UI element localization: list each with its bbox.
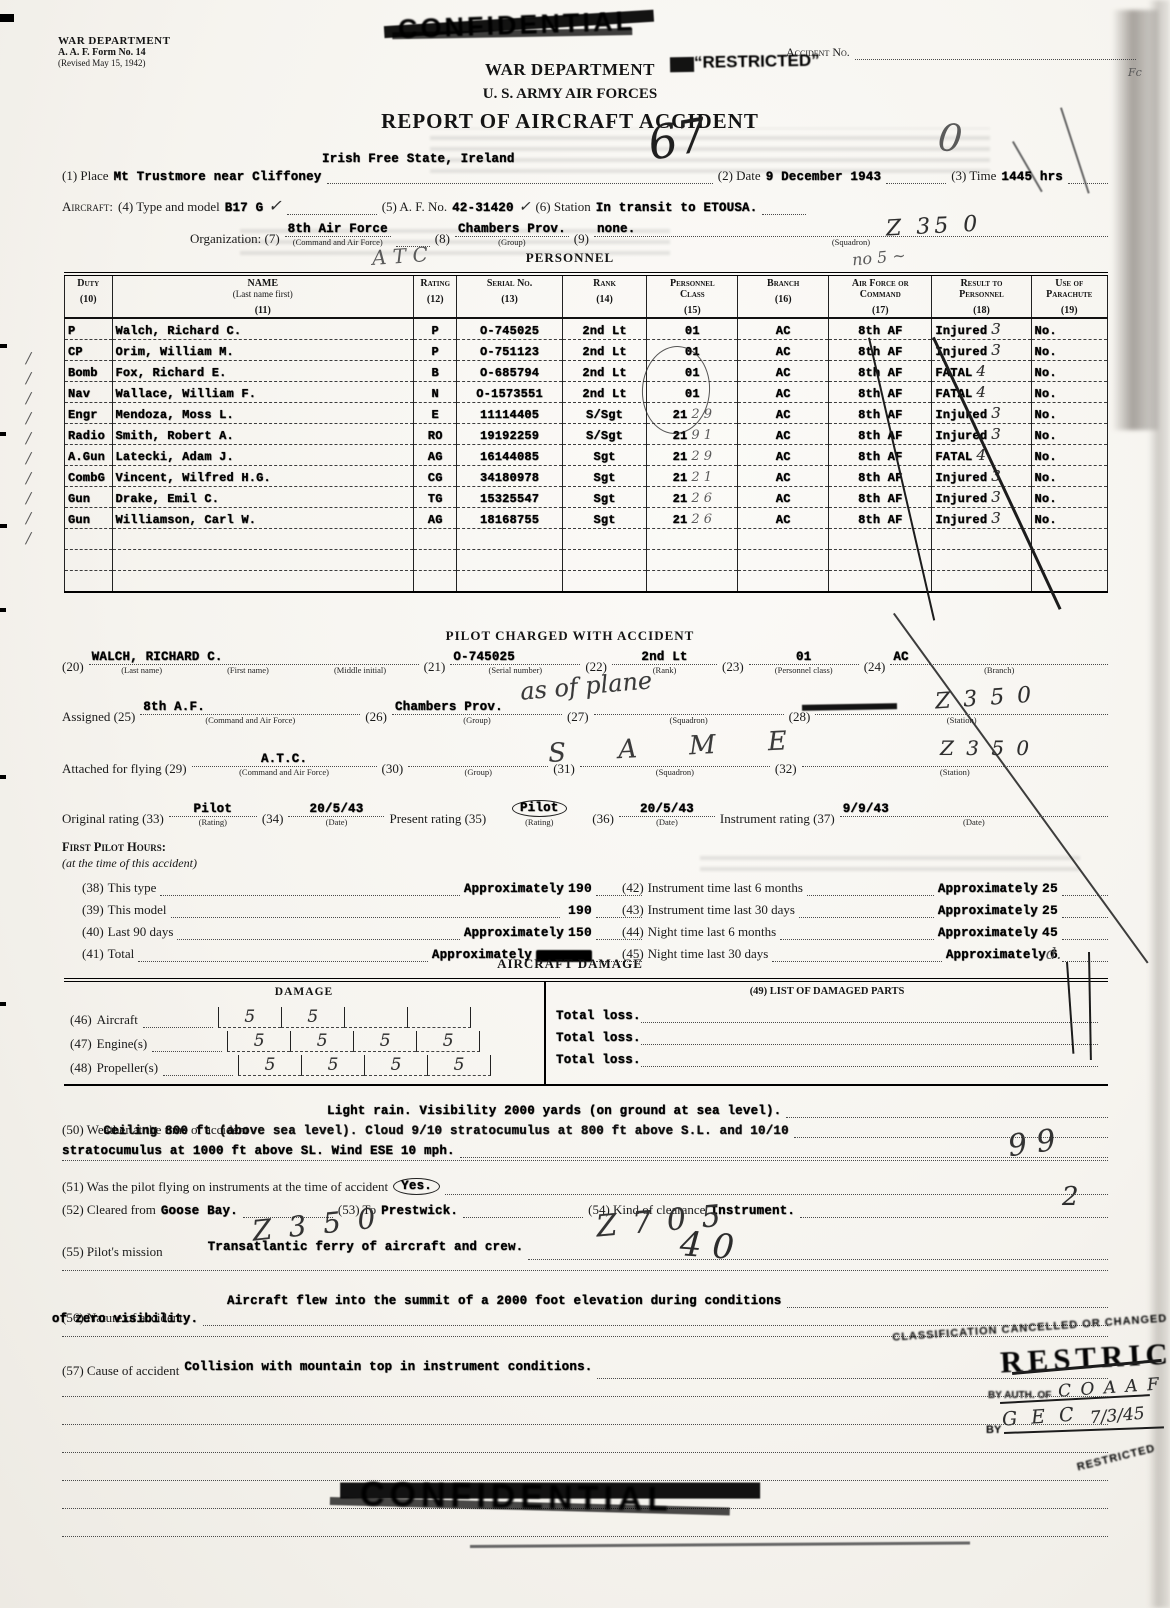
handwritten-0: 0 (936, 115, 965, 161)
dotted-line (463, 1202, 583, 1218)
scan-artifact (0, 608, 6, 612)
field24-num: (24) (864, 659, 886, 675)
serial-cell: 34180978 (480, 471, 539, 485)
attached-label: Attached for flying (29) (62, 761, 187, 777)
damage-row-label: Aircraft (97, 1012, 138, 1028)
field32-num: (32) (775, 761, 797, 777)
personnel-row: CombG Vincent, Wilfred H.G. CG 34180978 … (65, 466, 1108, 487)
personnel-rows: P Walch, Richard C. P O-745025 2nd Lt 01… (65, 318, 1108, 592)
dotted-line (641, 1007, 1098, 1023)
rank-cell: Sgt (593, 450, 615, 464)
personnel-header-row: Duty(10) NAME(Last name first)(11) Ratin… (65, 274, 1108, 318)
station-value: In transit to ETOUSA. (596, 201, 758, 215)
rank-cell: S/Sgt (586, 429, 623, 443)
personnel-table: Duty(10) NAME(Last name first)(11) Ratin… (64, 272, 1108, 593)
damage-cell: 5 (364, 1055, 427, 1076)
hours-row: (39) This model 190 (82, 896, 642, 918)
damaged-part-text: Total loss. (556, 1053, 641, 1067)
org-group-value: Chambers Prov. (458, 222, 566, 236)
hours-row: (42) Instrument time last 6 months Appro… (622, 874, 1108, 896)
result-handwriting: 4 (976, 362, 986, 380)
name-cell: Latecki, Adam J. (116, 450, 234, 464)
margin-tick: ∕ (26, 368, 31, 388)
damage-mark: 5 (454, 1055, 465, 1075)
nature-line1: Aircraft flew into the summit of a 2000 … (62, 1292, 1108, 1308)
serial-cell: O-1573551 (476, 387, 543, 401)
parachute-cell: No. (1035, 324, 1057, 338)
duty-cell: A.Gun (68, 450, 105, 464)
hours-value: 190 (568, 903, 592, 918)
hours-value: 45 (1042, 925, 1058, 940)
hours-row: (38) This type Approximately 190 (82, 874, 642, 896)
dotted-line (171, 902, 560, 918)
field30-num: (30) (382, 761, 404, 777)
airforce-cell: 8th AF (858, 345, 902, 359)
airforce-cell: 8th AF (858, 324, 902, 338)
damage-cell (344, 1007, 407, 1028)
org-label: Organization: (7) (190, 231, 280, 247)
branch-cell: AC (776, 387, 791, 401)
branch-cell: AC (776, 345, 791, 359)
pilot-branch-value: AC (893, 650, 908, 664)
time-value: 1445 hrs (1001, 170, 1063, 184)
serial-cell: O-685794 (480, 366, 539, 380)
dotted-line (203, 1310, 1108, 1326)
q51-value: Yes. (393, 1178, 440, 1195)
personnel-row: Radio Smith, Robert A. RO 19192259 S/Sgt… (65, 424, 1108, 445)
branch-cell: AC (776, 513, 791, 527)
damage-cell: 5 (427, 1055, 491, 1076)
damage-cells: 5 5 5 5 (238, 1055, 491, 1076)
rank-cell: S/Sgt (586, 408, 623, 422)
col-class: PersonnelClass(15) (647, 274, 738, 318)
damage-mark: 5 (328, 1055, 339, 1075)
damage-grid-panel: DAMAGE (46) Aircraft 5 5 (47) Engine(s) … (64, 982, 546, 1084)
original-rating-label: Original rating (33) (62, 811, 164, 827)
q51-label: (51) Was the pilot flying on instruments… (62, 1179, 388, 1195)
damage-mark: 5 (307, 1007, 318, 1027)
war-dept-line: WAR DEPARTMENT (0, 60, 1140, 80)
branch-cell: AC (776, 408, 791, 422)
class-handwriting: 2 9 (691, 449, 712, 464)
damaged-parts-title: (49) LIST OF DAMAGED PARTS (556, 986, 1098, 997)
duty-cell: Nav (68, 387, 90, 401)
name-cell: Wallace, William F. (116, 387, 257, 401)
field34-num: (34) (262, 811, 284, 827)
personnel-row: Gun Drake, Emil C. TG 15325547 Sgt 21 2 … (65, 487, 1108, 508)
weather-line3: stratocumulus at 1000 ft above SL. Wind … (62, 1142, 1108, 1158)
org-squadron-value: none. (597, 222, 636, 236)
form-no: A. A. F. Form No. 14 (58, 47, 170, 58)
type-model-value: B17 G (225, 201, 264, 215)
col-parachute: Use ofParachute(19) (1031, 274, 1107, 318)
damage-cells: 5 5 5 5 (227, 1031, 480, 1052)
field36-num: (36) (592, 811, 614, 827)
date-label: (2) Date (718, 168, 761, 184)
personnel-table-wrap: Duty(10) NAME(Last name first)(11) Ratin… (64, 272, 1108, 593)
restricted-stamp-small: RESTRICTED (1076, 1442, 1157, 1473)
hours-value: 25 (1042, 903, 1058, 918)
strike-bar (340, 1483, 760, 1499)
pilot-class-value: 01 (796, 650, 811, 664)
damage-cell: 5 (238, 1055, 301, 1076)
branch-cell: AC (776, 471, 791, 485)
personnel-title: PERSONNEL (0, 250, 1140, 266)
col-rank: Rank(14) (562, 274, 647, 318)
scan-artifact (0, 524, 7, 528)
rating-cell: AG (428, 513, 443, 527)
dotted-line (152, 1036, 222, 1052)
name-cell: Williamson, Carl W. (116, 513, 257, 527)
parachute-cell: No. (1035, 366, 1057, 380)
damage-row-num: (47) (70, 1036, 92, 1052)
nature-line2: (56) Nature of accident of zero visibili… (62, 1310, 1108, 1326)
dotted-line (445, 1179, 1108, 1195)
serial-cell: 11114405 (480, 408, 539, 422)
hours-approx: Approximately (938, 882, 1038, 896)
personnel-row: Gun Williamson, Carl W. AG 18168755 Sgt … (65, 508, 1108, 529)
org-group-sublabel: (Group) (455, 237, 569, 247)
duty-cell: CP (68, 345, 83, 359)
serial-cell: 16144085 (480, 450, 539, 464)
dotted-line (62, 1536, 1108, 1537)
duty-cell: Bomb (68, 366, 98, 380)
assigned-label: Assigned (25) (62, 709, 135, 725)
rank-cell: 2nd Lt (582, 387, 626, 401)
weather-text-1: Light rain. Visibility 2000 yards (on gr… (327, 1104, 781, 1118)
margin-tick: ∕ (26, 388, 31, 408)
rank-cell: 2nd Lt (582, 345, 626, 359)
hours-num: (44) (622, 924, 644, 940)
rating-cell: AG (428, 450, 443, 464)
name-cell: Walch, Richard C. (116, 324, 242, 338)
hours-label: This model (108, 902, 167, 918)
af-no-value: 42-31420 (452, 201, 514, 215)
check-mark: ✓ (519, 199, 531, 215)
damage-parts: Total loss.Total loss.Total loss. (556, 1001, 1098, 1067)
rank-cell: Sgt (593, 471, 615, 485)
damage-cell: 5 (353, 1031, 416, 1052)
result-cell: Injured (935, 513, 987, 527)
field23-num: (23) (722, 659, 744, 675)
class-cell: 21 (673, 492, 688, 506)
hours-value: 150 (568, 925, 592, 940)
serial-cell: O-751123 (480, 345, 539, 359)
name-cell: Smith, Robert A. (116, 429, 234, 443)
hours-approx: Approximately (938, 926, 1038, 940)
q57-label: (57) Cause of accident (62, 1363, 179, 1379)
hours-row: (43) Instrument time last 30 days Approx… (622, 896, 1108, 918)
dotted-line (62, 1396, 1108, 1397)
damage-grid: (46) Aircraft 5 5 (47) Engine(s) 5 5 5 5… (70, 1004, 538, 1076)
pencil-squiggle (470, 1542, 970, 1548)
serial-cell: O-745025 (480, 324, 539, 338)
clearance-line: (52) Cleared from Goose Bay. (53) To Pre… (62, 1202, 1108, 1218)
col-rating: Rating(12) (414, 274, 457, 318)
airforce-cell: 8th AF (858, 492, 902, 506)
hours-approx: Approximately (464, 882, 564, 896)
q52-label: (52) Cleared from (62, 1202, 156, 1218)
rating-cell: CG (428, 471, 443, 485)
dotted-line (641, 1029, 1098, 1045)
org-squadron-sublabel: (Squadron) (594, 237, 1108, 247)
hours-num: (42) (622, 880, 644, 896)
airforce-cell: 8th AF (858, 471, 902, 485)
rank-cell: 2nd Lt (582, 366, 626, 380)
handwritten-99: 9 9 (1006, 1123, 1058, 1164)
damage-cell: 5 (290, 1031, 353, 1052)
q56-value2: of zero visibility. (52, 1312, 198, 1326)
damage-cells: 5 5 (218, 1007, 471, 1028)
field26-num: (26) (365, 709, 387, 725)
damage-cell: 5 (416, 1031, 480, 1052)
accident-no-field: Accident No. (786, 44, 1136, 60)
duty-cell: Radio (68, 429, 105, 443)
handwritten-fc: Fc (1128, 66, 1142, 79)
rating-cell: B (432, 366, 439, 380)
present-rating-value: Pilot (512, 800, 567, 817)
duty-cell: Engr (68, 408, 98, 422)
damage-cell: 5 (227, 1031, 290, 1052)
dotted-line (62, 1270, 1108, 1271)
hours-row: (44) Night time last 6 months Approximat… (622, 918, 1108, 940)
hours-right: (42) Instrument time last 6 months Appro… (622, 874, 1108, 962)
class-handwriting: 2 6 (691, 491, 712, 506)
hours-label: Instrument time last 30 days (648, 902, 795, 918)
dotted-line (799, 902, 934, 918)
present-rating-label: Present rating (35) (389, 811, 486, 827)
af-no-label: (5) A. F. No. (382, 199, 447, 215)
result-handwriting: 3 (991, 488, 1001, 506)
rank-cell: Sgt (593, 513, 615, 527)
rating-cell: P (432, 345, 439, 359)
aircraft-label: Aircraft: (62, 199, 113, 215)
rank-cell: Sgt (593, 492, 615, 506)
handwritten-z350-org: Z 35 0 (885, 212, 981, 242)
margin-tick: ∕ (26, 408, 31, 428)
margin-tick: ∕ (26, 428, 31, 448)
duty-cell: Gun (68, 513, 90, 527)
damage-row-label: Engine(s) (97, 1036, 148, 1052)
place-value: Mt Trustmore near Cliffoney (114, 170, 322, 184)
scan-artifact (0, 344, 7, 348)
parachute-cell: No. (1035, 471, 1057, 485)
class-handwriting: 2 6 (691, 512, 712, 527)
field27-num: (27) (567, 709, 589, 725)
serial-cell: 15325547 (480, 492, 539, 506)
result-handwriting: 3 (991, 509, 1001, 527)
dotted-line (1062, 902, 1108, 918)
q57-value: Collision with mountain top in instrumen… (184, 1360, 592, 1374)
place-label: (1) Place (62, 168, 109, 184)
dotted-line (62, 1424, 1108, 1425)
damage-mark: 5 (391, 1055, 402, 1075)
personnel-row: CP Orim, William M. P O-751123 2nd Lt 01… (65, 340, 1108, 361)
duty-cell: Gun (68, 492, 90, 506)
dotted-line (641, 1051, 1098, 1067)
dotted-line (528, 1244, 1108, 1260)
parachute-cell: No. (1035, 345, 1057, 359)
name-cell: Fox, Richard E. (116, 366, 227, 380)
damage-row-label: Propeller(s) (97, 1060, 158, 1076)
class-handwriting: 2 1 (691, 470, 712, 485)
hours-label: This type (108, 880, 157, 896)
rating-cell: P (432, 324, 439, 338)
personnel-row: A.Gun Latecki, Adam J. AG 16144085 Sgt 2… (65, 445, 1108, 466)
damage-mark: 5 (380, 1031, 391, 1051)
instrument-rating-date: 9/9/43 (843, 802, 889, 816)
dotted-line (886, 168, 946, 184)
duty-cell: P (68, 324, 75, 338)
dotted-line (1068, 168, 1108, 184)
result-cell: Injured (935, 408, 987, 422)
damaged-part-line: Total loss. (556, 1001, 1098, 1023)
damage-mark: 5 (317, 1031, 328, 1051)
hours-label: Night time last 6 months (648, 924, 777, 940)
margin-tick: ∕ (26, 488, 31, 508)
by-label: BY (986, 1424, 1001, 1436)
dotted-line (62, 1160, 1108, 1161)
q52-value: Goose Bay. (161, 1204, 238, 1218)
pencil-stroke (1012, 141, 1043, 192)
hours-subtitle: (at the time of this accident) (62, 856, 197, 871)
empty-row (65, 571, 1108, 593)
handwritten-d: d. (1046, 944, 1061, 963)
result-cell: FATAL (935, 387, 972, 401)
place-above-value: Irish Free State, Ireland (322, 152, 515, 166)
damage-row: (48) Propeller(s) 5 5 5 5 (70, 1052, 538, 1076)
personnel-row: Nav Wallace, William F. N O-1573551 2nd … (65, 382, 1108, 403)
result-cell: Injured (935, 324, 987, 338)
hours-label: Instrument time last 6 months (648, 880, 803, 896)
hours-value: 25 (1042, 881, 1058, 896)
hours-value: 190 (568, 881, 592, 896)
handwritten-2-54: 2 (1062, 1182, 1079, 1212)
col-name: NAME(Last name first)(11) (112, 274, 414, 318)
class-cell: 01 (685, 324, 700, 338)
name-cell: Mendoza, Moss L. (116, 408, 234, 422)
parachute-cell: No. (1035, 492, 1057, 506)
weather-text-3: stratocumulus at 1000 ft above SL. Wind … (62, 1144, 455, 1158)
dotted-line (160, 880, 459, 896)
airforce-cell: 8th AF (858, 429, 902, 443)
damage-row: (46) Aircraft 5 5 (70, 1004, 538, 1028)
report-heading: WAR DEPARTMENT U. S. ARMY AIR FORCES REP… (0, 60, 1140, 134)
damage-row-num: (46) (70, 1012, 92, 1028)
name-cell: Orim, William M. (116, 345, 234, 359)
q56-value1: Aircraft flew into the summit of a 2000 … (227, 1294, 782, 1308)
form-dept: WAR DEPARTMENT (58, 36, 170, 47)
dotted-line (780, 924, 934, 940)
col-serial: Serial No.(13) (457, 274, 562, 318)
result-cell: Injured (935, 471, 987, 485)
empty-row (65, 529, 1108, 550)
present-rating-date: 20/5/43 (640, 802, 694, 816)
dotted-line (177, 924, 459, 940)
branch-cell: AC (776, 492, 791, 506)
damage-mark: 5 (265, 1055, 276, 1075)
dotted-line (163, 1060, 233, 1076)
name-cell: Vincent, Wilfred H.G. (116, 471, 271, 485)
dotted-line (762, 199, 806, 215)
weather-line2: (50) Weather at the time of accident Cei… (62, 1122, 1108, 1138)
damage-mark: 5 (254, 1031, 265, 1051)
branch-cell: AC (776, 324, 791, 338)
pilot-rank-value: 2nd Lt (641, 650, 687, 664)
scan-artifact (0, 1002, 6, 1006)
handwritten-67: 67 (644, 107, 711, 170)
col-duty: Duty(10) (65, 274, 113, 318)
weather-line1: Light rain. Visibility 2000 yards (on gr… (62, 1102, 1108, 1118)
result-handwriting: 3 (991, 425, 1001, 443)
date-value: 9 December 1943 (766, 170, 882, 184)
parachute-cell: No. (1035, 387, 1057, 401)
scan-artifact (0, 432, 6, 436)
damage-box: DAMAGE (46) Aircraft 5 5 (47) Engine(s) … (64, 978, 1108, 1086)
result-handwriting: 3 (991, 404, 1001, 422)
usaaf-line: U. S. ARMY AIR FORCES (0, 86, 1140, 103)
margin-tick: ∕ (26, 528, 31, 548)
branch-cell: AC (776, 366, 791, 380)
dotted-line (1062, 924, 1108, 940)
damage-row-num: (48) (70, 1060, 92, 1076)
field28-num: (28) (789, 709, 811, 725)
class-cell: 21 (673, 513, 688, 527)
dotted-line (786, 1102, 1108, 1118)
damage-title: AIRCRAFT DAMAGE (0, 956, 1140, 972)
hours-num: (43) (622, 902, 644, 918)
hours-title: First Pilot Hours: (62, 840, 166, 855)
original-rating-value: Pilot (194, 802, 233, 816)
branch-cell: AC (776, 429, 791, 443)
place-line: (1) Place Mt Trustmore near Cliffoney (2… (62, 168, 1108, 184)
time-label: (3) Time (951, 168, 996, 184)
parachute-cell: No. (1035, 408, 1057, 422)
rating-line: Original rating (33) Pilot (Rating) (34)… (62, 800, 1108, 827)
dotted-line (787, 1292, 1109, 1308)
rating-cell: N (432, 387, 439, 401)
branch-cell: AC (776, 450, 791, 464)
handwritten-gec-signature: G E C (1001, 1403, 1078, 1430)
pilot-serial-value: O-745025 (453, 650, 515, 664)
hours-num: (40) (82, 924, 104, 940)
field21-num: (21) (424, 659, 446, 675)
damage-mark: 5 (244, 1007, 255, 1027)
type-model-label: (4) Type and model (118, 199, 220, 215)
q55-value: Transatlantic ferry of aircraft and crew… (208, 1240, 524, 1254)
damaged-parts-panel: (49) LIST OF DAMAGED PARTS Total loss.To… (546, 982, 1108, 1084)
q55-label: (55) Pilot's mission (62, 1244, 163, 1260)
confidential-stamp-bottom: CONFIDENTIAL (360, 1475, 674, 1519)
parachute-cell: No. (1035, 450, 1057, 464)
hours-left: (38) This type Approximately 190 (39) Th… (82, 874, 642, 962)
damage-cell (407, 1007, 471, 1028)
pilot-section-title: PILOT CHARGED WITH ACCIDENT (0, 628, 1140, 644)
personnel-row: P Walch, Richard C. P O-745025 2nd Lt 01… (65, 318, 1108, 340)
damaged-part-text: Total loss. (556, 1009, 641, 1023)
dotted-line (597, 1363, 1108, 1379)
result-cell: Injured (935, 492, 987, 506)
hours-approx: Approximately (938, 904, 1038, 918)
hours-label: Last 90 days (108, 924, 174, 940)
result-handwriting: 3 (991, 320, 1001, 338)
weather-text-2: Ceiling 800 ft (above sea level). Cloud … (103, 1124, 788, 1138)
damage-cell: 5 (301, 1055, 364, 1076)
dotted-line (327, 168, 713, 184)
rank-cell: 2nd Lt (582, 324, 626, 338)
mission-line: (55) Pilot's mission Transatlantic ferry… (62, 1240, 1108, 1260)
handwritten-z350-32: Z 3 5 0 (940, 736, 1032, 760)
